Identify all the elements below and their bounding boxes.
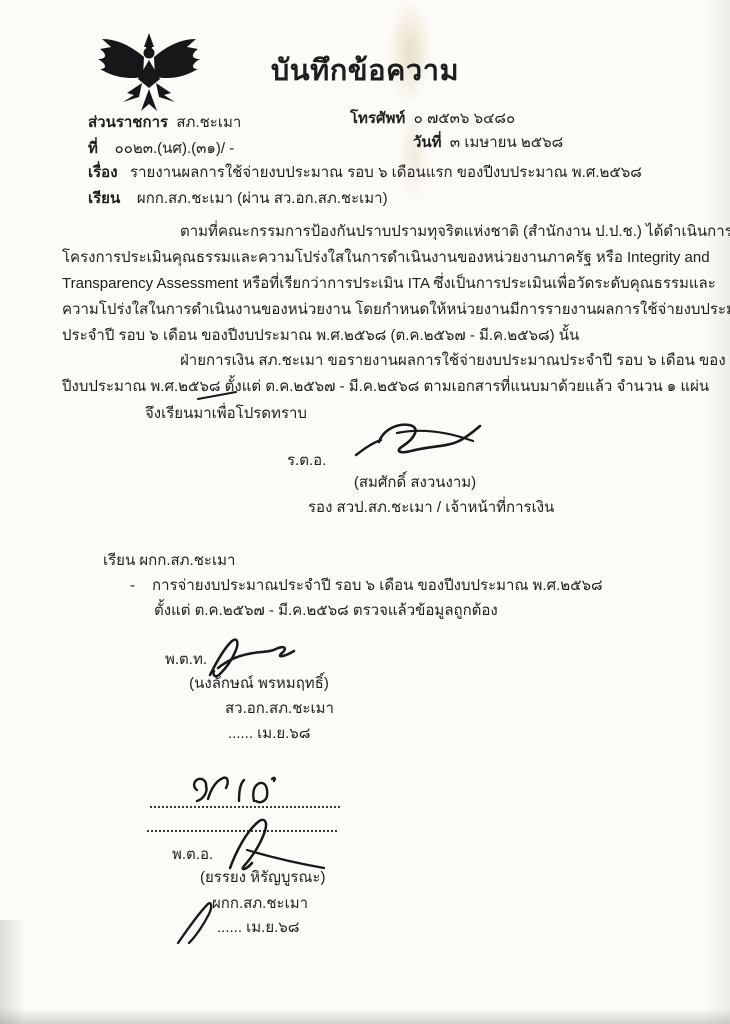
- phone-row: โทรศัพท์ ๐ ๗๕๓๖ ๖๔๘๐: [350, 109, 515, 129]
- signer3-name: (ยรรยง หิรัญบูรณะ): [200, 868, 324, 888]
- body-line: ตามที่คณะกรรมการป้องกันปราบปรามทุจริตแห่…: [180, 222, 730, 242]
- signer3-date: ...... เม.ย.๖๘: [217, 918, 299, 938]
- endorsement-line: ตั้งแต่ ต.ค.๒๕๖๗ - มี.ค.๒๕๖๘ ตรวจแล้วข้อ…: [154, 601, 498, 621]
- agency-value: สภ.ชะเมา: [176, 114, 241, 131]
- dotted-fill-line: [150, 796, 340, 808]
- doc-no-value: ๐๐๒๓.(นศ).(๓๑)/ -: [115, 140, 235, 157]
- subject-value: รายงานผลการใช้จ่ายงบประมาณ รอบ ๖ เดือนแร…: [130, 164, 642, 181]
- endorsement-dash: -: [130, 576, 135, 596]
- signer2-position: สว.อก.สภ.ชะเมา: [225, 699, 334, 719]
- body-line: ฝ่ายการเงิน สภ.ชะเมา ขอรายงานผลการใช้จ่า…: [180, 351, 726, 371]
- date-label: วันที่: [413, 134, 442, 151]
- signer1-position: รอง สวป.สภ.ชะเมา / เจ้าหน้าที่การเงิน: [308, 498, 522, 518]
- subject-label: เรื่อง: [88, 164, 118, 181]
- doc-no-row: ที่ ๐๐๒๓.(นศ).(๓๑)/ -: [88, 139, 234, 159]
- signer3-rank: พ.ต.อ.: [172, 845, 213, 865]
- subject-row: เรื่อง รายงานผลการใช้จ่ายงบประมาณ รอบ ๖ …: [88, 163, 642, 183]
- signer2-date: ...... เม.ย.๖๘: [228, 724, 310, 744]
- body-line: ความโปร่งใสในการดำเนินงานของหน่วยงาน โดย…: [62, 300, 730, 320]
- phone-label: โทรศัพท์: [350, 110, 405, 127]
- body-line: ประจำปี รอบ ๖ เดือน ของปีงบประมาณ พ.ศ.๒๕…: [62, 326, 579, 346]
- memo-page: บันทึกข้อความ ส่วนราชการ สภ.ชะเมา โทรศัพ…: [0, 0, 730, 1024]
- body-line: Transparency Assessment หรือที่เรียกว่าก…: [62, 274, 716, 294]
- agency-label: ส่วนราชการ: [88, 114, 168, 131]
- phone-value: ๐ ๗๕๓๖ ๖๔๘๐: [414, 110, 516, 127]
- to-row: เรียน ผกก.สภ.ชะเมา (ผ่าน สว.อก.สภ.ชะเมา): [88, 189, 388, 209]
- doc-no-label: ที่: [88, 140, 98, 157]
- signer1-name: (สมศักดิ์ สงวนงาม): [340, 473, 490, 493]
- body-line: ปีงบประมาณ พ.ศ.๒๕๖๘ ตั้งแต่ ต.ค.๒๕๖๗ - ม…: [62, 377, 709, 397]
- paper-stain: [392, 85, 436, 225]
- date-value: ๓ เมษายน ๒๕๖๘: [450, 134, 563, 151]
- endorsement-line: การจ่ายงบประมาณประจำปี รอบ ๖ เดือน ของปี…: [152, 576, 603, 596]
- body-line: โครงการประเมินคุณธรรมและความโปร่งใสในการ…: [62, 248, 710, 268]
- agency-row: ส่วนราชการ สภ.ชะเมา: [88, 113, 241, 133]
- date-row: วันที่ ๓ เมษายน ๒๕๖๘: [413, 133, 563, 153]
- paper-shadow: [0, 1008, 730, 1024]
- paper-shadow: [704, 0, 730, 1024]
- to-label: เรียน: [88, 190, 120, 207]
- signer2-name: (นงลักษณ์ พรหมฤทธิ์): [175, 674, 343, 694]
- paper-fold-shadow: [0, 920, 26, 1024]
- memo-title: บันทึกข้อความ: [0, 52, 730, 91]
- endorsement-to: เรียน ผกก.สภ.ชะเมา: [103, 551, 235, 571]
- to-value: ผกก.สภ.ชะเมา (ผ่าน สว.อก.สภ.ชะเมา): [137, 190, 388, 207]
- closing-line: จึงเรียนมาเพื่อโปรดทราบ: [145, 404, 307, 424]
- signature1-handwriting: [352, 421, 484, 475]
- signer2-rank: พ.ต.ท.: [165, 650, 207, 670]
- signer1-rank: ร.ต.อ.: [287, 451, 326, 471]
